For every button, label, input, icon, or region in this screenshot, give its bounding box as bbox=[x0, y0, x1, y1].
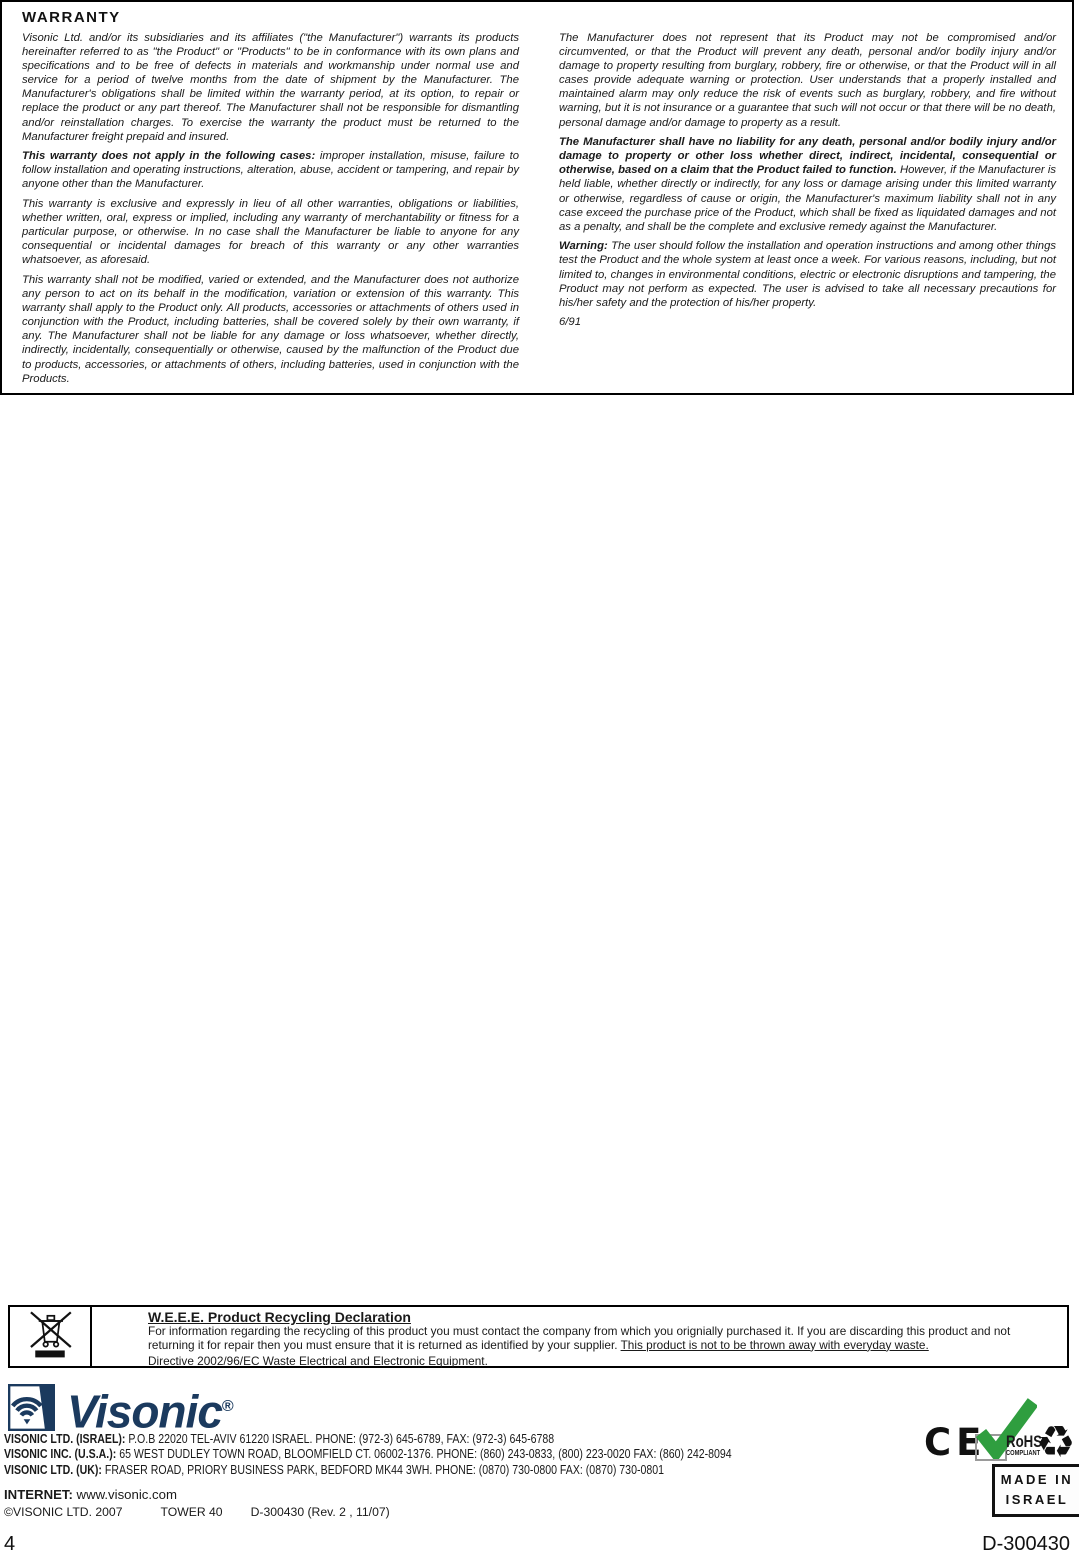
paragraph-text: 6/91 bbox=[559, 316, 581, 328]
visonic-logo: Visonic® bbox=[8, 1384, 234, 1436]
made-in-line1: MADE IN bbox=[995, 1470, 1079, 1490]
internet-line: INTERNET: www.visonic.com bbox=[4, 1487, 177, 1502]
weee-text: W.E.E.E. Product Recycling Declaration F… bbox=[92, 1307, 1067, 1366]
crossed-out-wheelie-bin-icon bbox=[24, 1308, 76, 1365]
warranty-left-column: Visonic Ltd. and/or its subsidiaries and… bbox=[22, 31, 519, 391]
warranty-paragraph: Visonic Ltd. and/or its subsidiaries and… bbox=[22, 31, 519, 144]
address-text: 65 WEST DUDLEY TOWN ROAD, BLOOMFIELD CT.… bbox=[116, 1447, 731, 1461]
weee-body: For information regarding the recycling … bbox=[148, 1325, 1059, 1352]
page-number: 4 bbox=[4, 1533, 15, 1556]
warranty-paragraph: The Manufacturer does not represent that… bbox=[559, 31, 1056, 130]
paragraph-text: The Manufacturer does not represent that… bbox=[559, 32, 1056, 129]
registered-trademark-symbol: ® bbox=[222, 1398, 234, 1415]
paragraph-text: The user should follow the installation … bbox=[559, 240, 1056, 308]
copyright-owner: ©VISONIC LTD. 2007 bbox=[4, 1505, 122, 1519]
document-revision: D-300430 (Rev. 2 , 11/07) bbox=[251, 1505, 390, 1519]
warranty-paragraph: This warranty shall not be modified, var… bbox=[22, 273, 519, 386]
weee-directive: Directive 2002/96/EC Waste Electrical an… bbox=[148, 1355, 1059, 1369]
weee-body-underlined: This product is not to be thrown away wi… bbox=[621, 1338, 929, 1352]
recycle-symbol-icon: ♻ bbox=[1036, 1421, 1075, 1465]
address-line: VISONIC INC. (U.S.A.): 65 WEST DUDLEY TO… bbox=[4, 1447, 1071, 1462]
company-addresses: VISONIC LTD. (ISRAEL): P.O.B 22020 TEL-A… bbox=[4, 1432, 1071, 1478]
product-model: TOWER 40 bbox=[160, 1505, 222, 1519]
address-text: P.O.B 22020 TEL-AVIV 61220 ISRAEL. PHONE… bbox=[125, 1432, 554, 1446]
address-line: VISONIC LTD. (UK): FRASER ROAD, PRIORY B… bbox=[4, 1463, 1071, 1478]
address-label: VISONIC LTD. (ISRAEL): bbox=[4, 1432, 125, 1446]
address-label: VISONIC LTD. (UK): bbox=[4, 1463, 102, 1477]
document-reference: D-300430 bbox=[982, 1533, 1070, 1556]
address-text: FRASER ROAD, PRIORY BUSINESS PARK, BEDFO… bbox=[102, 1463, 664, 1477]
document-page: WARRANTY Visonic Ltd. and/or its subsidi… bbox=[0, 0, 1079, 1566]
warranty-paragraph: Warning: The user should follow the inst… bbox=[559, 239, 1056, 309]
internet-label: INTERNET: bbox=[4, 1487, 73, 1502]
address-line: VISONIC LTD. (ISRAEL): P.O.B 22020 TEL-A… bbox=[4, 1432, 1071, 1447]
warranty-section: WARRANTY Visonic Ltd. and/or its subsidi… bbox=[0, 0, 1074, 395]
made-in-line2: ISRAEL bbox=[995, 1490, 1079, 1510]
visonic-logo-icon bbox=[8, 1384, 55, 1436]
paragraph-text: This warranty shall not be modified, var… bbox=[22, 274, 519, 385]
warranty-paragraph: The Manufacturer shall have no liability… bbox=[559, 135, 1056, 234]
weee-title: W.E.E.E. Product Recycling Declaration bbox=[148, 1310, 1059, 1325]
visonic-wordmark: Visonic® bbox=[67, 1384, 234, 1434]
paragraph-lead: Warning: bbox=[559, 240, 608, 252]
warranty-heading: WARRANTY bbox=[22, 9, 1056, 26]
paragraph-text: This warranty is exclusive and expressly… bbox=[22, 198, 519, 266]
rohs-compliant-label: COMPLIANT bbox=[1006, 1450, 1040, 1457]
weee-declaration-box: W.E.E.E. Product Recycling Declaration F… bbox=[8, 1305, 1069, 1368]
visonic-wordmark-text: Visonic bbox=[67, 1385, 222, 1437]
address-label: VISONIC INC. (U.S.A.): bbox=[4, 1447, 116, 1461]
warranty-revision-code: 6/91 bbox=[559, 315, 1056, 329]
copyright-line: ©VISONIC LTD. 2007TOWER 40D-300430 (Rev.… bbox=[4, 1505, 390, 1519]
rohs-compliant-logo: RoHS COMPLIANT bbox=[973, 1397, 1039, 1463]
paragraph-lead: This warranty does not apply in the foll… bbox=[22, 150, 315, 162]
paragraph-text: Visonic Ltd. and/or its subsidiaries and… bbox=[22, 32, 519, 143]
website-url: www.visonic.com bbox=[73, 1487, 177, 1502]
warranty-right-column: The Manufacturer does not represent that… bbox=[559, 31, 1056, 391]
warranty-paragraph: This warranty does not apply in the foll… bbox=[22, 149, 519, 191]
made-in-israel-badge: MADE IN ISRAEL bbox=[992, 1464, 1079, 1517]
weee-icon-cell bbox=[10, 1307, 92, 1366]
warranty-paragraph: This warranty is exclusive and expressly… bbox=[22, 197, 519, 267]
